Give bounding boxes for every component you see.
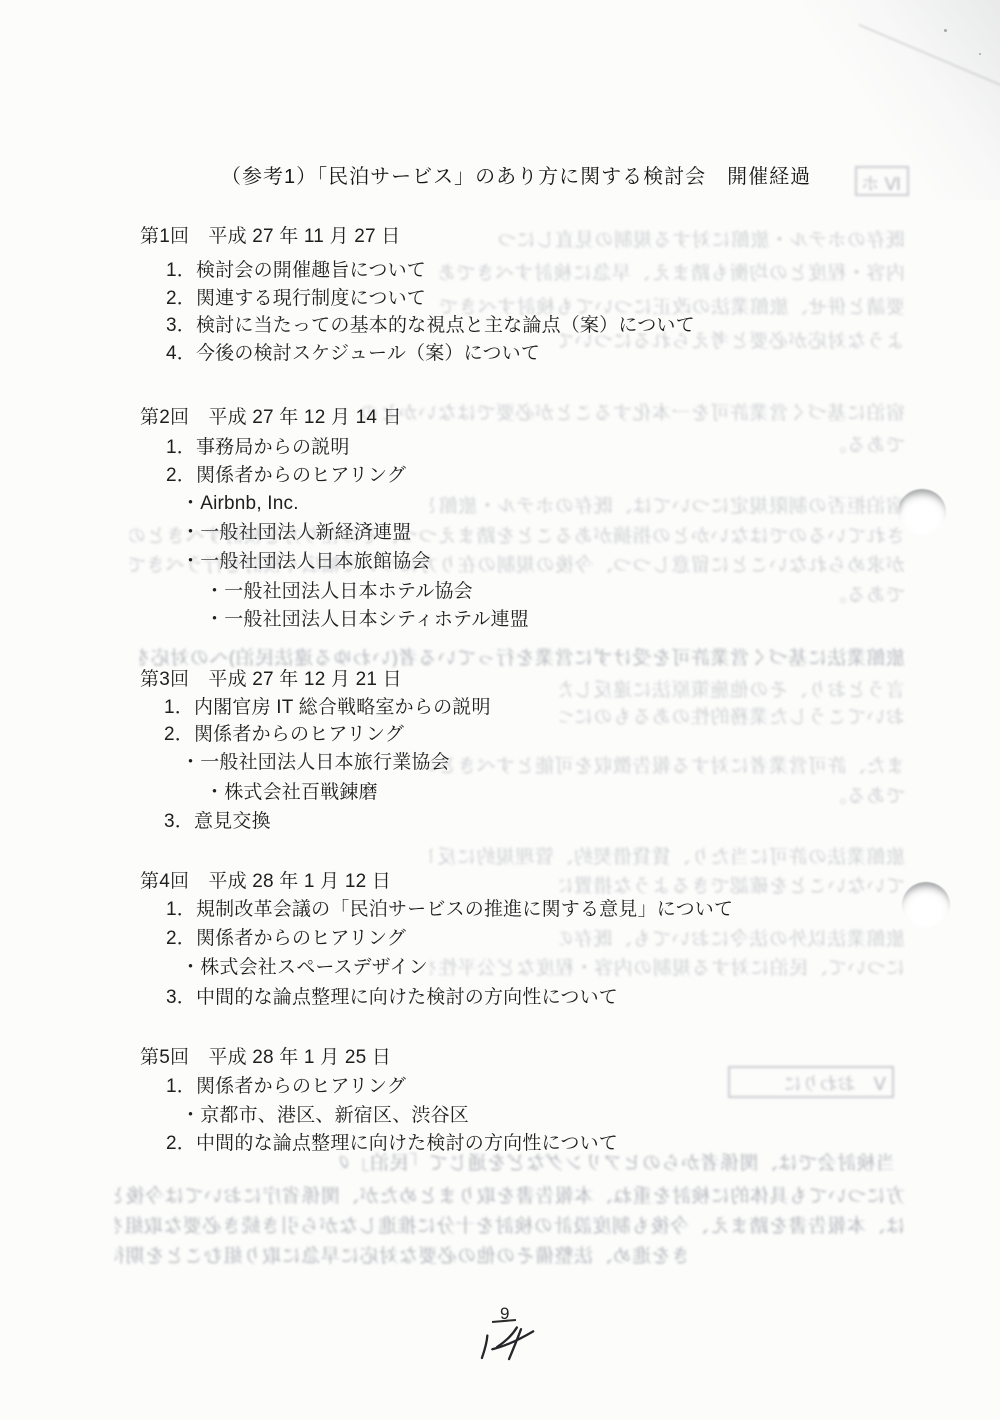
session-2-item: 1．事務局からの説明 [166, 432, 350, 459]
bleedthrough-box-mark: Ⅴ おわりに [728, 1066, 894, 1098]
session-4-item: 2．関係者からのヒアリング [166, 923, 406, 950]
scan-speck [944, 29, 947, 32]
bleedthrough-line: 方についても具体的に検討を重ね、本報告書を取りまとめたが、関係省庁においては今後… [115, 1181, 905, 1205]
session-3-bullet: ・株式会社百戦錬磨 [205, 777, 378, 804]
session-4-bullet: ・株式会社スペースデザイン [181, 952, 428, 979]
bleedthrough-line: 宿泊拒否の制限規定については、既存のホテル・旅館と同様の規制が [430, 491, 905, 515]
session-5-item: 2．中間的な論点整理に向けた検討の方向性について [166, 1128, 618, 1155]
page-number-handwritten [466, 1317, 553, 1371]
session-1-header: 第1回 平成 27 年 11 月 27 日 [140, 221, 400, 248]
session-2-bullet: ・Airbnb, Inc. [181, 488, 299, 515]
session-2-item: 2．関係者からのヒアリング [166, 460, 406, 487]
session-1-item: 4．今後の検討スケジュール（案）について [166, 338, 540, 365]
session-2-bullet: ・一般社団法人日本ホテル協会 [205, 576, 473, 603]
bleedthrough-line: である。 [795, 580, 905, 604]
session-2-bullet: ・一般社団法人新経済連盟 [181, 517, 411, 544]
document-title: （参考1）「民泊サービス」のあり方に関する検討会 開催経過 [221, 160, 811, 189]
bleedthrough-line: 宿泊に基づく営業許可を一本化することが必要ではないかとの意見もあった [360, 398, 905, 422]
session-1-item: 1．検討会の開催趣旨について [166, 255, 426, 282]
hole-punch-shadow [902, 882, 950, 928]
session-2-bullet: ・一般社団法人日本シティホテル連盟 [205, 604, 529, 631]
session-5-header: 第5回 平成 28 年 1 月 25 日 [140, 1042, 391, 1069]
session-1-item: 2．関連する現行制度について [166, 283, 426, 310]
session-4-item: 1．規制改革会議の「民泊サービスの推進に関する意見」について [166, 894, 733, 921]
scanned-document-page: 既存のホテル・旅館に対する規制の見直しについて検討を行うよう 内容・程度との均衡… [0, 0, 1000, 1420]
bleedthrough-line: ていないことを確認できるような措置につい [560, 871, 905, 895]
hole-punch-shadow [898, 489, 946, 535]
session-3-item: 2．関係者からのヒアリング [164, 719, 404, 746]
session-5-item: 1．関係者からのヒアリング [166, 1071, 406, 1098]
bleedthrough-line: きを進め、法整備その他の必要な対応に早急に取り組むことを期待する。 [115, 1241, 690, 1265]
session-2-header: 第2回 平成 27 年 12 月 14 日 [140, 402, 402, 429]
bleedthrough-line: 旅館業法の許可に当たり、賃貸借契約、管理規約に反していな [430, 842, 905, 866]
bleedthrough-line: 既存のホテル・旅館に対する規制の見直しについて検討を行うよう [495, 225, 905, 249]
bleedthrough-line: 内容・程度との均衡も踏まえ、早急に検討すべきである。またその際 [440, 258, 905, 282]
bleedthrough-line: おいてこうした業務的性のあるものについて [560, 702, 905, 726]
session-3-header: 第3回 平成 27 年 12 月 21 日 [140, 664, 402, 691]
scan-corner-shadow [785, 0, 1000, 200]
session-4-header: 第4回 平成 28 年 1 月 12 日 [140, 866, 391, 893]
session-4-item: 3．中間的な論点整理に向けた検討の方向性について [166, 982, 618, 1009]
scan-speck [979, 53, 981, 55]
bleedthrough-line: また、許可営業者に対する報告徴収を可能とすべきとの意見 [430, 751, 905, 775]
session-3-item: 3．意見交換 [164, 806, 271, 833]
session-3-item: 1．内閣官房 IT 総合戦略室からの説明 [164, 692, 491, 719]
bleedthrough-line: 旅館業法以外の法令においても、既存のホテ [560, 924, 905, 948]
bleedthrough-line: について、民泊に対する規制の内容・程度など公平性を確保 [430, 953, 905, 977]
session-1-item: 3．検討に当たっての基本的な視点と主な論点（案）について [166, 310, 695, 337]
bleedthrough-line: である。 [795, 430, 905, 454]
session-3-bullet: ・一般社団法人日本旅行業協会 [181, 747, 450, 774]
session-5-bullet: ・京都市、港区、新宿区、渋谷区 [181, 1100, 469, 1127]
bleedthrough-line: である。 [795, 781, 905, 805]
bleedthrough-line: 言うとおり、その他施策原法に違反した者に [560, 675, 905, 699]
session-2-bullet: ・一般社団法人日本旅館協会 [181, 546, 431, 573]
bleedthrough-line: は、本報告書を踏まえ、今後も制度設計の検討を十分に推進しながら引き続き必要な取組… [115, 1211, 905, 1235]
